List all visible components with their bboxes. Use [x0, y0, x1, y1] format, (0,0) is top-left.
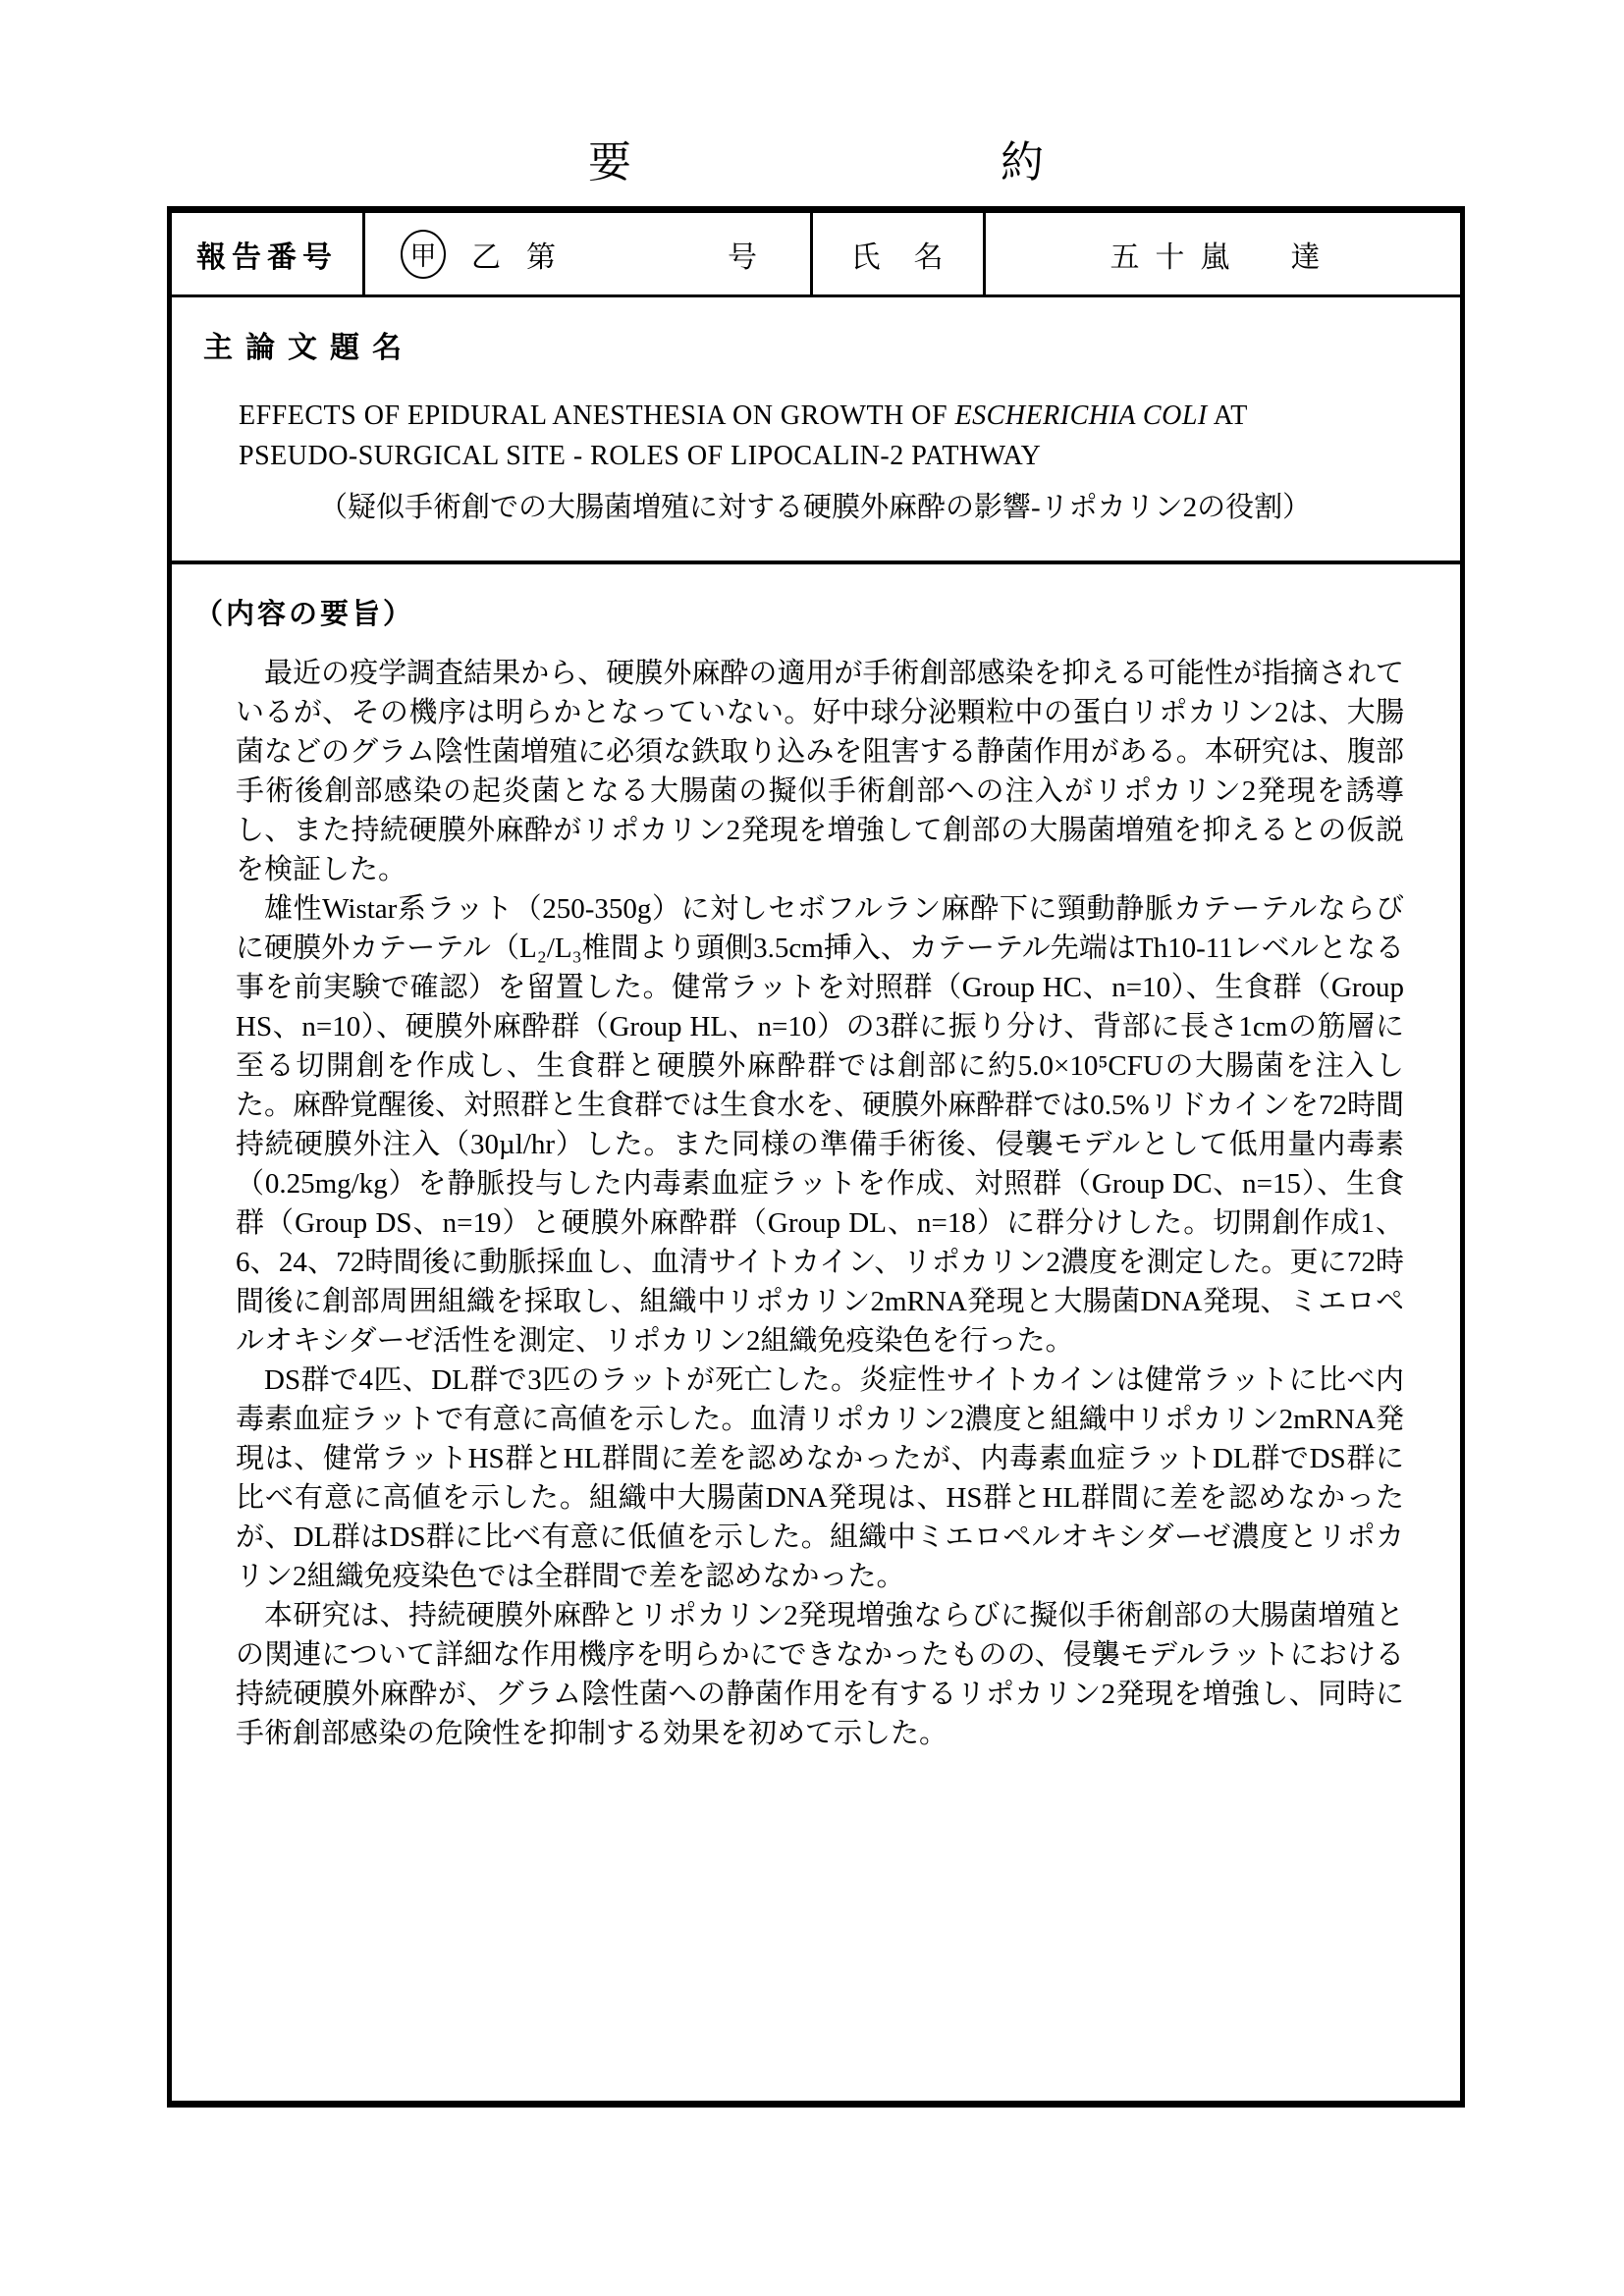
thesis-title-section: 主論文題名 EFFECTS OF EPIDURAL ANESTHESIA ON …	[172, 297, 1460, 564]
thesis-title-en-line1-italic: ESCHERICHIA COLI	[955, 400, 1208, 431]
circled-option-kou: 甲	[401, 230, 446, 279]
page-title-char-you: 要	[588, 141, 631, 185]
thesis-title-en-line1-post: AT	[1208, 400, 1248, 431]
name-value: 五十嵐 達	[986, 213, 1460, 294]
page-title: 要 約	[167, 141, 1465, 185]
name-label: 氏 名	[813, 213, 986, 294]
report-number-row: 報告番号 甲 乙 第 号 氏 名 五十嵐 達	[172, 213, 1460, 297]
summary-paragraph-1: 最近の疫学調査結果から、硬膜外麻酔の適用が手術創部感染を抑える可能性が指摘されて…	[236, 654, 1404, 889]
number-suffix-gou: 号	[728, 233, 757, 276]
report-number-label: 報告番号	[172, 213, 365, 294]
main-form-box: 報告番号 甲 乙 第 号 氏 名 五十嵐 達 主論文題名 EFFECTS OF …	[167, 206, 1465, 2108]
report-number-cell: 甲 乙 第 号	[365, 213, 813, 294]
summary-paragraph-2: 雄性Wistar系ラット（250-350g）に対しセボフルラン麻酔下に頸動静脈カ…	[236, 889, 1404, 1361]
abstract-sheet: 要 約 報告番号 甲 乙 第 号 氏 名 五十嵐 達 主論文題名 EFFECTS…	[0, 0, 1624, 2296]
page-title-char-yaku: 約	[1001, 141, 1044, 185]
summary-heading: （内容の要旨）	[194, 592, 1460, 632]
thesis-title-en-line1-pre: EFFECTS OF EPIDURAL ANESTHESIA ON GROWTH…	[239, 400, 955, 431]
thesis-title-english: EFFECTS OF EPIDURAL ANESTHESIA ON GROWTH…	[239, 396, 1248, 476]
summary-section: （内容の要旨） 最近の疫学調査結果から、硬膜外麻酔の適用が手術創部感染を抑える可…	[172, 564, 1460, 1753]
thesis-title-label: 主論文題名	[203, 323, 414, 366]
summary-paragraph-4: 本研究は、持続硬膜外麻酔とリポカリン2発現増強ならびに擬似手術創部の大腸菌増殖と…	[236, 1596, 1404, 1753]
summary-body: 最近の疫学調査結果から、硬膜外麻酔の適用が手術創部感染を抑える可能性が指摘されて…	[236, 654, 1404, 1753]
thesis-title-en-line2: PSEUDO-SURGICAL SITE - ROLES OF LIPOCALI…	[239, 441, 1041, 471]
thesis-title-en-line1: EFFECTS OF EPIDURAL ANESTHESIA ON GROWTH…	[239, 400, 1248, 431]
option-otsu: 乙	[471, 233, 501, 276]
summary-paragraph-3: DS群で4匹、DL群で3匹のラットが死亡した。炎症性サイトカインは健常ラットに比…	[236, 1361, 1404, 1596]
number-prefix-dai: 第	[526, 233, 556, 276]
thesis-title-japanese: （疑似手術創での大腸菌増殖に対する硬膜外麻酔の影響-リポカリン2の役割）	[319, 485, 1311, 525]
